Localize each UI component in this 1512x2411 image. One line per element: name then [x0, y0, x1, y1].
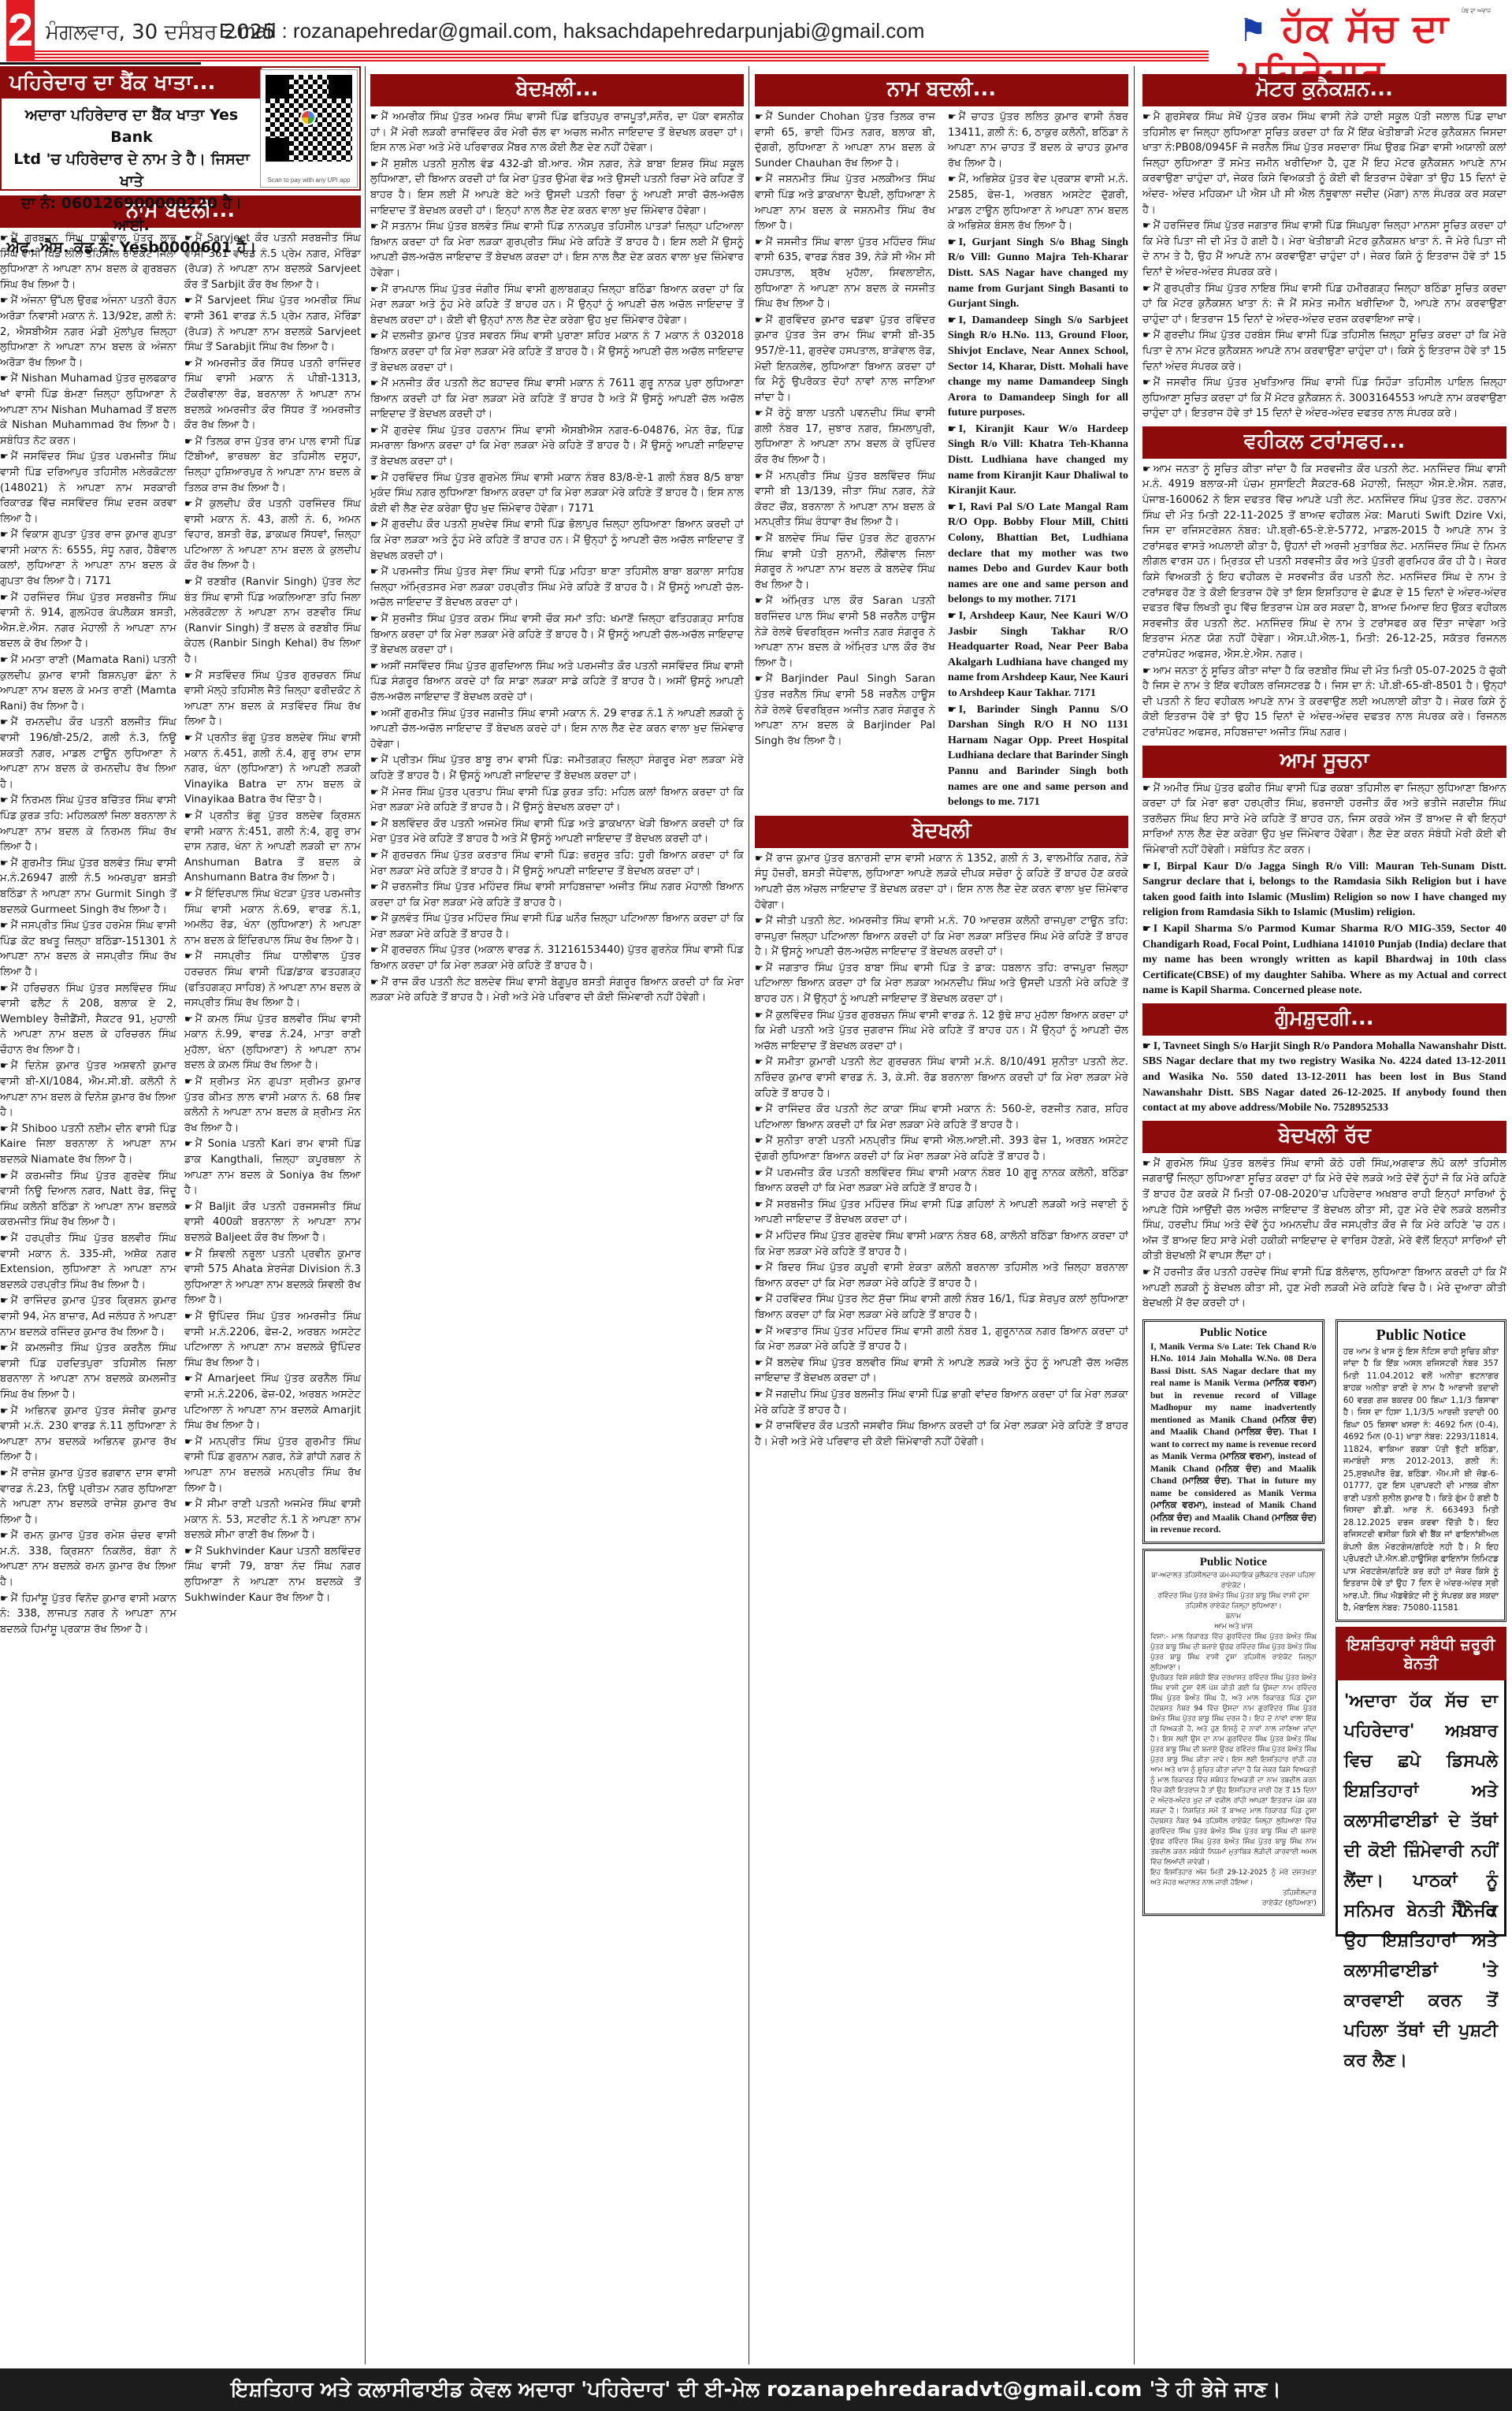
list-item: ☛ਮੈਂ Baljit ਕੌਰ ਪਤਨੀ ਹਰਜਸਜੀਤ ਸਿੰਘ ਵਾਸੀ 4… — [184, 1200, 361, 1246]
column-divider — [749, 66, 749, 2364]
pointing-hand-icon: ☛ — [755, 1230, 763, 1241]
appeal-box: 'ਅਦਾਰਾ ਹੱਕ ਸੱਚ ਦਾ ਪਹਿਰੇਦਾਰ' ਅਖ਼ਬਾਰ ਵਿਚ ਛ… — [1336, 1680, 1506, 1937]
list-item: ☛ਆਮ ਜਨਤਾ ਨੂੰ ਸੂਚਿਤ ਕੀਤਾ ਜਾਂਦਾ ਹੈ ਕਿ ਰਣਬੀ… — [1142, 664, 1506, 741]
list-item: ☛ਮੈਂ ਅਮਰਜੀਤ ਕੌਰ ਸਿੱਧਰ ਪਤਨੀ ਰਾਜਿੰਦਰ ਸਿੰਘ … — [184, 356, 361, 433]
pointing-hand-icon: ☛ — [0, 983, 9, 994]
list-item-text: ਮੈਂ ਜਗਤਾਰ ਸਿੰਘ ਪੁੱਤਰ ਬਾਬਾ ਸਿੰਘ ਵਾਸੀ ਪਿੰਡ… — [755, 962, 1128, 1005]
list-item-text: ਮੈਂ ਸੁਰਜੀਤ ਸਿੰਘ ਪੁੱਤਰ ਕਰਮ ਸਿੰਘ ਵਾਸੀ ਚੌਕ … — [370, 613, 744, 656]
masthead-rules — [35, 50, 1209, 61]
list-item: ☛ਮੈਂ ਬਿਦਰ ਸਿੰਘ ਪੁੱਤਰ ਕਪੂਰੀ ਵਾਸੀ ਏਕਤਾ ਕਲੋ… — [755, 1260, 1128, 1291]
list-item-text: ਮੈਂ ਪ੍ਰਨੀਤ ਭੰਗੂ ਪੁੱਤਰ ਬਲਦੇਵ ਸਿੰਘ ਵਾਸੀ ਮਕ… — [184, 732, 361, 806]
list-item-text: ਮੈਂ ਹਰਵਿੰਦਰ ਸਿੰਘ ਪੁੱਤਰ ਗੁਰਮੇਲ ਸਿੰਘ ਵਾਸੀ … — [370, 472, 744, 515]
pointing-hand-icon: ☛ — [0, 1405, 9, 1416]
list-item: ☛ਮੈਂ ਸਤਵਿੰਦਰ ਸਿੰਘ ਪੁੱਤਰ ਗੁਰਚਰਨ ਸਿੰਘ ਵਾਸੀ… — [184, 668, 361, 730]
pointing-hand-icon: ☛ — [0, 373, 9, 384]
list-item: ☛ਮੈਂ ਅਮਰੀਕ ਸਿੰਘ ਪੁੱਤਰ ਅਮਰ ਸਿੰਘ ਵਾਸੀ ਪਿੰਡ… — [370, 110, 744, 156]
list-item: ☛ਮੈਂ ਰਾਮਪਾਲ ਸਿੰਘ ਪੁੱਤਰ ਜੰਗੀਰ ਸਿੰਘ ਵਾਸੀ ਗ… — [370, 282, 744, 329]
list-item-text: ਮੈਂ Barjinder Paul Singh Saran ਪੁੱਤਰ ਜਰਨ… — [755, 673, 935, 746]
court-respondent: ਆਮ ਅਤੇ ਖਾਸ — [1150, 1622, 1317, 1632]
list-item: ☛ਮੈਂ ਜਸ਼ਨਮੀਤ ਸਿੰਘ ਪੁੱਤਰ ਮਲਕੀਅਤ ਸਿੰਘ ਵਾਸੀ… — [755, 172, 935, 233]
list-item-text: I, Kiranjit Kaur W/o Hardeep Singh R/o V… — [948, 423, 1128, 497]
list-item: ☛ਮੈਂ ਗੁਰਦੀਪ ਕੌਰ ਪਤਨੀ ਸੁਖਦੇਵ ਸਿੰਘ ਵਾਸੀ ਪਿ… — [370, 517, 744, 564]
list-item-text: ਮੈਂ Nishan Muhamad ਪੁੱਤਰ ਜ਼ੁਲਫਕਾਰ ਖਾਂ ਵਾ… — [0, 373, 176, 446]
pointing-hand-icon: ☛ — [1142, 463, 1151, 474]
list-item: ☛ਮੈਂ ਦਿਨੇਸ਼ ਕੁਮਾਰ ਪੁੱਤਰ ਅਸ਼ਵਨੀ ਕੁਮਾਰ ਵਾਸ… — [0, 1059, 176, 1120]
list-item: ☛ਮੈਂ ਪ੍ਰਨੀਤ ਭੰਗੂ ਪੁੱਤਰ ਬਲਦੇਵ ਸਿੰਘ ਵਾਸੀ ਮ… — [184, 731, 361, 808]
list-item: ☛I, Kiranjit Kaur W/o Hardeep Singh R/o … — [948, 422, 1128, 499]
list-item-text: ਮੈਂ ਦਲਜੀਤ ਕੁਮਾਰ ਪੁੱਤਰ ਸਵਰਨ ਸਿੰਘ ਵਾਸੀ ਪੁਰ… — [370, 330, 744, 373]
list-item-text: ਮੈਂ ਕਮਲ ਸਿੰਘ ਪੁੱਤਰ ਬਲਵੀਰ ਸਿੰਘ ਵਾਸੀ ਮਕਾਨ … — [184, 1014, 361, 1072]
pointing-hand-icon: ☛ — [755, 1326, 763, 1337]
pointing-hand-icon: ☛ — [755, 173, 763, 184]
list-item-text: ਮੈਂ ਮਮਤਾ ਰਾਣੀ (Mamata Rani) ਪਤਨੀ ਕੁਲਦੀਪ … — [0, 654, 176, 713]
list-item-text: ਮੈਂ Sunder Chohan ਪੁੱਤਰ ਤਿਲਕ ਰਾਜ ਵਾਸੀ 65… — [755, 111, 935, 169]
upi-qr-code[interactable]: Scan to pay with any UPI app — [260, 69, 358, 188]
pointing-hand-icon: ☛ — [755, 111, 763, 122]
list-col1b: ☛ਮੈਂ Sarvjeet ਕੌਰ ਪਤਨੀ ਸਰਬਜੀਤ ਸਿੰਘ ਵਾਸੀ … — [184, 231, 361, 1638]
list-item: ☛I, Barinder Singh Pannu S/O Darshan Sin… — [948, 702, 1128, 810]
pointing-hand-icon: ☛ — [370, 566, 379, 577]
list-item-text: ਮੈਂ ਕੁਲਵਿੰਦਰ ਸਿੰਘ ਪੁੱਤਰ ਗੁਰਬਚਨ ਸਿੰਘ ਵਾਸੀ… — [755, 1010, 1128, 1052]
list-item: ☛ਮੈਂ ਪ੍ਰੀਤਮ ਸਿੰਘ ਪੁੱਤਰ ਬਾਬੂ ਰਾਮ ਵਾਸੀ ਪਿੰ… — [370, 753, 744, 783]
list-item-text: ਮੈਂ ਦਿਨੇਸ਼ ਕੁਮਾਰ ਪੁੱਤਰ ਅਸ਼ਵਨੀ ਕੁਮਾਰ ਵਾਸੀ… — [0, 1060, 176, 1118]
pointing-hand-icon: ☛ — [948, 610, 957, 621]
list-item-text: ਮੈਂ, ਅਭਿਸ਼ੇਕ ਪੁੱਤਰ ਵੇਦ ਪ੍ਰਕਾਸ਼ ਵਾਸੀ ਮ.ਨੰ… — [948, 173, 1128, 232]
pointing-hand-icon: ☛ — [184, 1311, 193, 1322]
list-item: ☛ਮੈਂ ਗੁਰਚਰਨ ਸਿੰਘ ਪੁੱਤਰ (ਅਕਾਲ ਵਾਰਡ ਨੰ. 31… — [370, 943, 744, 973]
missing-list: ☛I, Tavneet Singh S/o Harjit Singh R/o P… — [1142, 1039, 1506, 1116]
public-notice-title: Public Notice — [1343, 1326, 1499, 1345]
pointing-hand-icon: ☛ — [948, 236, 957, 247]
pointing-hand-icon: ☛ — [948, 173, 957, 184]
list-item-text: ਮੈਂ ਜਗਦੀਪ ਸਿੰਘ ਪੁੱਤਰ ਬਲਜੀਤ ਸਿੰਘ ਵਾਸੀ ਪਿੰ… — [755, 1389, 1128, 1416]
list-item: ☛ਮੈਂ ਗੁਰਚਰਨ ਸਿੰਘ ਪੁੱਤਰ ਕਰਤਾਰ ਸਿੰਘ ਵਾਸੀ ਪ… — [370, 848, 744, 879]
pointing-hand-icon: ☛ — [184, 888, 193, 899]
column-right: ਮੋਟਰ ਕੁਨੈਕਸ਼ਨ... ☛ਮੈ ਗੁਰਸੇਵਕ ਸਿੰਘ ਸੇਖੋਂ … — [1142, 66, 1506, 2368]
pointing-hand-icon: ☛ — [370, 284, 379, 295]
disownment-list: ☛ਮੈਂ ਅਮਰੀਕ ਸਿੰਘ ਪੁੱਤਰ ਅਮਰ ਸਿੰਘ ਵਾਸੀ ਪਿੰਡ… — [370, 110, 744, 1006]
pointing-hand-icon: ☛ — [370, 977, 379, 988]
pointing-hand-icon: ☛ — [0, 295, 9, 306]
pointing-hand-icon: ☛ — [184, 358, 193, 369]
list-item-text: ਮੈਂ ਰਾਜੇਸ਼ ਕੁਮਾਰ ਪੁੱਤਰ ਭਗਵਾਨ ਦਾਸ ਵਾਸੀ ਵਾ… — [0, 1468, 176, 1526]
list-item-text: ਮੈਂ ਰਮਨਦੀਪ ਕੌਰ ਪਤਨੀ ਬਲਜੀਤ ਸਿੰਘ ਵਾਸੀ 196/… — [0, 716, 176, 790]
public-notice-registry: Public Notice ਹਰ ਆਮ ਤੇ ਖਾਸ ਨੂੰ ਇਸ ਨੋਟਿਸ … — [1336, 1319, 1506, 1622]
logo-tagline: ਪੰਥ ਦਾ ਅਵਾਜ਼ — [1462, 8, 1491, 15]
pointing-hand-icon: ☛ — [0, 920, 9, 931]
list-item: ☛ਮੈਂ ਜਗਦੀਪ ਸਿੰਘ ਪੁੱਤਰ ਬਲਜੀਤ ਸਿੰਘ ਵਾਸੀ ਪਿ… — [755, 1387, 1128, 1418]
public-notices-right: Public Notice ਹਰ ਆਮ ਤੇ ਖਾਸ ਨੂੰ ਇਸ ਨੋਟਿਸ … — [1336, 1319, 1506, 1937]
list-item: ☛ਮੈਂ ਰਮਨਦੀਪ ਕੌਰ ਪਤਨੀ ਬਲਜੀਤ ਸਿੰਘ ਵਾਸੀ 196… — [0, 715, 176, 792]
list-item-text: ਮੈਂ ਰਾਜਿੰਦਰ ਕੌਰ ਪਤਨੀ ਲੇਟ ਕਾਕਾ ਸਿੰਘ ਵਾਸੀ … — [755, 1103, 1128, 1131]
list-item-text: I, Arshdeep Kaur, Nee Kauri W/O Jasbir S… — [948, 610, 1128, 699]
column-disownment: ਬੇਦਖ਼ਲੀ... ☛ਮੈਂ ਅਮਰੀਕ ਸਿੰਘ ਪੁੱਤਰ ਅਮਰ ਸਿੰ… — [370, 66, 744, 2368]
pointing-hand-icon: ☛ — [755, 673, 763, 684]
list-item-text: ਮੈਂ ਗੁਰਚਰਨ ਸਿੰਘ ਪੁੱਤਰ (ਅਕਾਲ ਵਾਰਡ ਨੰ. 312… — [370, 944, 744, 972]
list-item-text: ਮੈਂ ਸਤਵਿੰਦਰ ਸਿੰਘ ਪੁੱਤਰ ਗੁਰਚਰਨ ਸਿੰਘ ਵਾਸੀ … — [184, 670, 361, 728]
list-item: ☛I Kapil Sharma S/o Parmod Kumar Sharma … — [1142, 921, 1506, 999]
pointing-hand-icon: ☛ — [755, 236, 763, 247]
list-item-text: ਮੈਂ ਸੁਸ਼ੀਲ ਪਤਨੀ ਸੁਨੀਲ ਵੰਡ 432-ਡੀ ਬੀ.ਆਰ. … — [370, 158, 744, 217]
list-item: ☛ਮੈਂ ਹਰਿਚਰਨ ਸਿੰਘ ਪੁੱਤਰ ਸਲਵਿੰਦਰ ਸਿੰਘ ਵਾਸੀ… — [0, 981, 176, 1059]
pointing-hand-icon: ☛ — [370, 913, 379, 924]
pointing-hand-icon: ☛ — [184, 1373, 193, 1384]
list-item: ☛ਮੈਂ ਹਿਮਾਂਸ਼ੂ ਪੁੱਤਰ ਵਿਨੋਦ ਕੁਮਾਰ ਵਾਸੀ ਮਕਾ… — [0, 1591, 176, 1638]
list-item-text: ਮੈਂ ਰਣਬੀਰ (Ranvir Singh) ਪੁੱਤਰ ਲੇਟ ਬੰਤ ਸ… — [184, 576, 361, 665]
public-notice-court: Public Notice ਬਾ-ਅਦਾਲਤ ਤਹਿਸੀਲਦਾਰ ਕਮ-ਸਹਾਇ… — [1142, 1549, 1324, 1916]
list-item: ☛ਮੈਂ ਰਣਬੀਰ (Ranvir Singh) ਪੁੱਤਰ ਲੇਟ ਬੰਤ … — [184, 575, 361, 668]
list-item-text: ਮੈਂ Sonia ਪਤਨੀ Kari ਰਾਮ ਵਾਸੀ ਪਿੰਡ ਡਾਕ Ka… — [184, 1138, 361, 1196]
list-item-text: I, Damandeep Singh S/o Sarbjeet Singh R/… — [948, 314, 1128, 419]
pointing-hand-icon: ☛ — [0, 1342, 9, 1353]
pointing-hand-icon: ☛ — [370, 330, 379, 341]
pointing-hand-icon: ☛ — [184, 951, 193, 962]
list-item-text: ਮੈਂ ਹਰਵਿੰਦਰ ਸਿੰਘ ਪੁੱਤਰ ਲੇਟ ਸੁੱਚਾ ਸਿੰਘ ਵਾ… — [755, 1293, 1128, 1321]
list-item: ☛ਮੈਂ Shiboo ਪਤਨੀ ਨਈਮ ਦੀਨ ਵਾਸੀ ਪਿੰਡ Kaire… — [0, 1122, 176, 1168]
list-item: ☛ਮੈਂ ਦਲਜੀਤ ਕੁਮਾਰ ਪੁੱਤਰ ਸਵਰਨ ਸਿੰਘ ਵਾਸੀ ਪੁ… — [370, 329, 744, 375]
list-item: ☛I, Arshdeep Kaur, Nee Kauri W/O Jasbir … — [948, 608, 1128, 701]
list-item-text: ਮੈਂ ਹਰਜਿੰਦਰ ਸਿੰਘ ਪੁੱਤਰ ਸਰਬਜੀਤ ਸਿੰਘ ਵਾਸੀ … — [0, 592, 176, 650]
list-item-text: ਮੈਂ ਪ੍ਰੀਤਮ ਸਿੰਘ ਪੁੱਤਰ ਬਾਬੂ ਰਾਮ ਵਾਸੀ ਪਿੰਡ… — [370, 754, 744, 782]
list-item: ☛ਮੈਂ ਜਸਵੀਰ ਸਿੰਘ ਪੁੱਤਰ ਮੁਖਤਿਆਰ ਸਿੰਘ ਵਾਸੀ … — [1142, 375, 1506, 422]
list-item: ☛I, Ravi Pal S/O Late Mangal Ram R/O Opp… — [948, 500, 1128, 608]
list-item-text: I, Gurjant Singh S/o Bhag Singh R/o Vill… — [948, 236, 1128, 310]
list-item-text: ਮੈਂ Sarvjeet ਸਿੰਘ ਪੁੱਤਰ ਅਮਰੀਕ ਸਿੰਘ ਵਾਸੀ … — [184, 295, 361, 353]
list-item: ☛ਮੈਂ ਗੁਰਵਿੰਦਰ ਕੁਮਾਰ ਢਡਵਾ ਪੁੱਤਰ ਰਵਿੰਦਰ ਕੁ… — [755, 313, 935, 406]
pointing-hand-icon: ☛ — [184, 732, 193, 743]
pointing-hand-icon: ☛ — [1142, 329, 1151, 340]
list-item: ☛ਮੈਂ ਕਮਲਜੀਤ ਸਿੰਘ ਪੁੱਤਰ ਕਰਨੈਲ ਸਿੰਘ ਵਾਸੀ ਪ… — [0, 1341, 176, 1402]
list-item-text: ਮੈਂ ਪਰਮਜੀਤ ਸਿੰਘ ਪੁੱਤਰ ਸੇਵਾ ਸਿੰਘ ਵਾਸੀ ਪਿੰ… — [370, 566, 744, 608]
list-item-text: ਮੈਂ ਮਨਪ੍ਰੀਤ ਸਿੰਘ ਪੁੱਤਰ ਬਲਵਿੰਦਰ ਸਿੰਘ ਵਾਸੀ… — [755, 471, 935, 529]
court-subject: ਵਿਸ਼ਾ:- ਮਾਲ ਰਿਕਾਰਡ ਵਿੱਚ ਗੁਰਵਿੰਦਰ ਸਿੰਘ ਪੁ… — [1150, 1632, 1317, 1673]
list-item-text: ਮੈਂ ਹਿਮਾਂਸ਼ੂ ਪੁੱਤਰ ਵਿਨੋਦ ਕੁਮਾਰ ਵਾਸੀ ਮਕਾਨ… — [0, 1593, 176, 1635]
gpay-logo-icon — [300, 110, 316, 125]
pointing-hand-icon: ☛ — [370, 425, 379, 436]
list-item: ☛ਮੈਂ ਹਰਜਿੰਦਰ ਸਿੰਘ ਪੁੱਤਰ ਜਗਤਾਰ ਸਿੰਘ ਵਾਸੀ … — [1142, 218, 1506, 280]
pointing-hand-icon: ☛ — [370, 613, 379, 624]
pointing-hand-icon: ☛ — [0, 1060, 9, 1071]
bank-details: ਅਦਾਰਾ ਪਹਿਰੇਦਾਰ ਦਾ ਬੈਂਕ ਖਾਤਾ Yes Bank Ltd… — [2, 101, 262, 259]
pointing-hand-icon: ☛ — [0, 716, 9, 727]
pointing-hand-icon: ☛ — [370, 881, 379, 892]
list-item: ☛ਮੈਂ ਸਤਨਾਮ ਸਿੰਘ ਪੁੱਤਰ ਬਲਵੰਤ ਸਿੰਘ ਵਾਸੀ ਪਿ… — [370, 219, 744, 281]
pointing-hand-icon: ☛ — [1142, 923, 1151, 934]
list-item: ☛ਮੈਂ ਰਾਜੇਸ਼ ਕੁਮਾਰ ਪੁੱਤਰ ਭਗਵਾਨ ਦਾਸ ਵਾਸੀ ਵ… — [0, 1466, 176, 1527]
list-item-text: ਮੈਂ ਤਿਲਕ ਰਾਜ ਪੁੱਤਰ ਰਾਮ ਪਾਲ ਵਾਸੀ ਪਿੰਡ ਟਿੱ… — [184, 436, 361, 494]
pointing-hand-icon: ☛ — [755, 1293, 763, 1304]
list-item-text: ਮੈਂ ਇੰਦਿਰਪਾਲ ਸਿੰਘ ਖੱਟੜਾ ਪੁੱਤਰ ਪਰਮਜੀਤ ਸਿੰ… — [184, 888, 361, 947]
list-item-text: ਮੈਂ ਸਰਬਜੀਤ ਸਿੰਘ ਪੁੱਤਰ ਮਹਿੰਦਰ ਸਿੰਘ ਵਾਸੀ ਪ… — [755, 1199, 1128, 1226]
section-header-missing: ਗੁੰਮਸ਼ੁਦਗੀ... — [1142, 1003, 1506, 1036]
list-item-text: ਆਮ ਜਨਤਾ ਨੂੰ ਸੂਚਿਤ ਕੀਤਾ ਜਾਂਦਾ ਹੈ ਕਿ ਰਣਬੀਰ… — [1142, 665, 1506, 739]
list-item: ☛ਮੈਂ ਬਲਦੇਵ ਸਿੰਘ ਪੁੱਤਰ ਬਲਵੀਰ ਸਿੰਘ ਵਾਸੀ ਨੇ… — [755, 1356, 1128, 1386]
public-notice-title: Public Notice — [1150, 1556, 1317, 1569]
pointing-hand-icon: ☛ — [370, 944, 379, 955]
bank-line: ਦਾ ਨੰ: 060126900000220 ਹੈ। ਆਈ. — [2, 192, 262, 236]
list-item-text: ਮੈਂ ਕਮਲਜੀਤ ਸਿੰਘ ਪੁੱਤਰ ਕਰਨੈਲ ਸਿੰਘ ਵਾਸੀ ਪਿ… — [0, 1342, 176, 1401]
pointing-hand-icon: ☛ — [755, 1420, 763, 1431]
list-item-text: ਮੈਂ Amarjeet ਸਿੰਘ ਪੁੱਤਰ ਕਰਨੈਲ ਸਿੰਘ ਵਾਸੀ … — [184, 1373, 361, 1431]
list-item: ☛I, Birpal Kaur D/o Jagga Singh R/o Vill… — [1142, 859, 1506, 921]
pointing-hand-icon: ☛ — [755, 1389, 763, 1400]
bank-line: ਅਦਾਰਾ ਪਹਿਰੇਦਾਰ ਦਾ ਬੈਂਕ ਖਾਤਾ Yes Bank — [2, 104, 262, 148]
qr-caption: Scan to pay with any UPI app — [261, 177, 357, 184]
pointing-hand-icon: ☛ — [755, 1357, 763, 1368]
list-item-text: ਮੈਂ ਗੁਰਦੀਪ ਕੌਰ ਪਤਨੀ ਸੁਖਦੇਵ ਸਿੰਘ ਵਾਸੀ ਪਿੰ… — [370, 519, 744, 561]
list-item-text: ਮੈਂ ਮਨਜੀਤ ਕੌਰ ਪਤਨੀ ਲੇਟ ਬਹਾਦਰ ਸਿੰਘ ਵਾਸੀ ਮ… — [370, 378, 744, 420]
list-item-text: ਮੈਂ ਮਨਪ੍ਰੀਤ ਸਿੰਘ ਪੁੱਤਰ ਗੁਰਮੀਤ ਸਿੰਘ ਵਾਸੀ … — [184, 1436, 361, 1494]
list-item-text: ਮੈਂ ਗੁਰਚਰਨ ਸਿੰਘ ਪੁੱਤਰ ਕਰਤਾਰ ਸਿੰਘ ਵਾਸੀ ਪਿ… — [370, 850, 744, 877]
pointing-hand-icon: ☛ — [0, 529, 9, 540]
list-item: ☛ਅਸੀਂ ਗੁਰਮੀਤ ਸਿੰਘ ਪੁੱਤਰ ਜਗਜੀਤ ਸਿੰਘ ਵਾਸੀ … — [370, 706, 744, 753]
list-item: ☛ਮੈਂ ਪਰਮਜੀਤ ਸਿੰਘ ਪੁੱਤਰ ਸੇਵਾ ਸਿੰਘ ਵਾਸੀ ਪਿ… — [370, 564, 744, 611]
pointing-hand-icon: ☛ — [184, 670, 193, 681]
list-item-text: ਮੈਂ ਹਰਜਿੰਦਰ ਸਿੰਘ ਪੁੱਤਰ ਜਗਤਾਰ ਸਿੰਘ ਵਾਸੀ ਪ… — [1142, 220, 1506, 278]
list-item: ☛ਮੈਂ ਮੇਜਰ ਸਿੰਘ ਪੁੱਤਰ ਪ੍ਰਤਾਪ ਸਿੰਘ ਵਾਸੀ ਪਿ… — [370, 785, 744, 816]
list-item: ☛ਮੈਂ ਸ਼੍ਰੀਮਤ ਮੋਨ ਗੁਪਤਾ ਸ਼੍ਰੀਮਤ ਕੁਮਾਰ ਪੁੱ… — [184, 1074, 361, 1136]
pointing-hand-icon: ☛ — [0, 858, 9, 869]
pointing-hand-icon: ☛ — [0, 794, 9, 806]
section-header-vehicle-transfer: ਵਹੀਕਲ ਟਰਾਂਸਫਰ... — [1142, 426, 1506, 459]
section-header-disownment-2: ਬੇਦਖਲੀ — [755, 816, 1128, 848]
list-item: ☛ਮੈਂ ਮਹਿੰਦਰ ਸਿੰਘ ਪੁੱਤਰ ਗੁਰਦੇਵ ਸਿੰਘ ਵਾਸੀ … — [755, 1229, 1128, 1259]
pointing-hand-icon: ☛ — [0, 1593, 9, 1604]
list-item-text: ਮੈਂ ਗੁਰਦੀਪ ਸਿੰਘ ਪੁੱਤਰ ਹਰਬੰਸ ਸਿੰਘ ਵਾਸੀ ਪਿ… — [1142, 329, 1506, 372]
appeal-signatory: ਮੈਨੇਜਰ — [1452, 1896, 1496, 1926]
pointing-hand-icon: ☛ — [755, 853, 763, 864]
list-item-text: ਮੈਂ ਗੁਰਮੇਲ ਸਿੰਘ ਪੁੱਤਰ ਬਲਵੰਤ ਸਿੰਘ ਵਾਸੀ ਕੋ… — [1142, 1158, 1506, 1263]
list-item: ☛ਮੈਂ ਜਸਪ੍ਰੀਤ ਸਿੰਘ ਪੁੱਤਰ ਹਰਮੇਸ਼ ਸਿੰਘ ਵਾਸੀ… — [0, 918, 176, 980]
pointing-hand-icon: ☛ — [370, 221, 379, 232]
pointing-hand-icon: ☛ — [370, 660, 379, 672]
list-item-text: I, Ravi Pal S/O Late Mangal Ram R/O Opp.… — [948, 501, 1128, 606]
list-item-text: ਮੈਂ ਹਰਪ੍ਰੀਤ ਸਿੰਘ ਪੁੱਤਰ ਬਲਵੀਰ ਸਿੰਘ ਵਾਸੀ ਮ… — [0, 1233, 176, 1291]
list-item-text: ਮੈਂ ਸਮੀਤਾ ਕੁਮਾਰੀ ਪਤਨੀ ਲੇਟ ਗੁਰਚਰਨ ਸਿੰਘ ਵਾ… — [755, 1056, 1128, 1099]
list-item-text: ਮੈਂ ਜਸਵੀਰ ਸਿੰਘ ਪੁੱਤਰ ਮੁਖਤਿਆਰ ਸਿੰਘ ਵਾਸੀ ਪ… — [1142, 377, 1506, 419]
pointing-hand-icon: ☛ — [370, 519, 379, 530]
section-header-motor-connection: ਮੋਟਰ ਕੁਨੈਕਸ਼ਨ... — [1142, 74, 1506, 106]
list-item-text: ਮੈਂ ਚਰਨਜੀਤ ਸਿੰਘ ਪੁੱਤਰ ਮਹਿੰਦਰ ਸਿੰਘ ਵਾਸੀ ਸ… — [370, 881, 744, 909]
list-item-text: ਮੈਂ ਜਸਪ੍ਰੀਤ ਸਿੰਘ ਧਾਲੀਵਾਲ ਪੁੱਤਰ ਹਰਚਰਨ ਸਿੰ… — [184, 951, 361, 1009]
bank-line: Ltd 'ਚ ਪਹਿਰੇਦਾਰ ਦੇ ਨਾਮ ਤੇ ਹੈ। ਜਿਸਦਾ ਖਾਤੇ — [2, 148, 262, 192]
list-item: ☛ਮੈਂ ਕਮਲ ਸਿੰਘ ਪੁੱਤਰ ਬਲਵੀਰ ਸਿੰਘ ਵਾਸੀ ਮਕਾਨ… — [184, 1012, 361, 1073]
pointing-hand-icon: ☛ — [755, 314, 763, 326]
pointing-hand-icon: ☛ — [755, 1135, 763, 1146]
list-item-text: ਮੈਂ ਅਮਰਜੀਤ ਕੌਰ ਸਿੱਧਰ ਪਤਨੀ ਰਾਜਿੰਦਰ ਸਿੰਘ ਵ… — [184, 358, 361, 431]
list-item: ☛ਮੈਂ Sunder Chohan ਪੁੱਤਰ ਤਿਲਕ ਰਾਜ ਵਾਸੀ 6… — [755, 110, 935, 171]
name-change-subcolumns: ☛ਮੈਂ ਗੁਰਬਚਨ ਸਿੰਘ ਧਾਲੀਵਾਲ ਪੁੱਤਰ ਲਾਭ ਸਿੰਘ … — [0, 231, 361, 1638]
list-item-text: ਮੈਂ ਅਮਰੀਕ ਸਿੰਘ ਪੁੱਤਰ ਅਮਰ ਸਿੰਘ ਵਾਸੀ ਪਿੰਡ … — [370, 111, 744, 154]
list-item: ☛ਮੈਂ ਕਰਮਜੀਤ ਸਿੰਘ ਪੁੱਤਰ ਗੁਰਦੇਵ ਸਿੰਘ ਵਾਸੀ … — [0, 1169, 176, 1230]
public-notice-text: ਹਰ ਆਮ ਤੇ ਖਾਸ ਨੂੰ ਇਸ ਨੋਟਿਸ ਰਾਹੀ ਸੂਚਿਤ ਕੀਤ… — [1343, 1346, 1499, 1615]
masthead: 2 ਮੰਗਲਵਾਰ, 30 ਦਸੰਬਰ 2025 E.mail : rozana… — [0, 0, 1512, 63]
list-item-text: ਮੈਂ ਸੁਨੀਤਾ ਰਾਣੀ ਪਤਨੀ ਮਨਪ੍ਰੀਤ ਸਿੰਘ ਵਾਸੀ ਐ… — [755, 1135, 1128, 1163]
court-signatory: ਤਹਿਸੀਲਦਾਰ — [1150, 1888, 1317, 1899]
list-item: ☛ਮੈਂ ਸਰਬਜੀਤ ਸਿੰਘ ਪੁੱਤਰ ਮਹਿੰਦਰ ਸਿੰਘ ਵਾਸੀ … — [755, 1197, 1128, 1228]
list-item: ☛ਮੈਂ ਰਮਨ ਕੁਮਾਰ ਪੁੱਤਰ ਰਮੇਸ਼ ਚੰਦਰ ਵਾਸੀ ਮ.ਨ… — [0, 1528, 176, 1590]
appeal-text: 'ਅਦਾਰਾ ਹੱਕ ਸੱਚ ਦਾ ਪਹਿਰੇਦਾਰ' ਅਖ਼ਬਾਰ ਵਿਚ ਛ… — [1344, 1691, 1498, 2071]
list-item: ☛ਮੈਂ ਚਰਨਜੀਤ ਸਿੰਘ ਪੁੱਤਰ ਮਹਿੰਦਰ ਸਿੰਘ ਵਾਸੀ … — [370, 880, 744, 910]
list-item: ☛ਮੈਂ ਰਾਜਿੰਦਰ ਕੁਮਾਰ ਪੁੱਤਰ ਕ੍ਰਿਸ਼ਨ ਕੁਮਾਰ ਵ… — [0, 1293, 176, 1340]
disownment-2-list: ☛ਮੈਂ ਰਾਜ ਕੁਮਾਰ ਪੁੱਤਰ ਬਨਾਰਸੀ ਦਾਸ ਵਾਸੀ ਮਕਾ… — [755, 851, 1128, 1450]
list-item-text: ਮੈਂ ਜਸਜੀਤ ਸਿੰਘ ਵਾਲਾ ਪੁੱਤਰ ਮਹਿੰਦਰ ਸਿੰਘ ਵਾ… — [755, 236, 935, 310]
list-item: ☛ਮੈਂ ਅੰਮ੍ਰਿਤ ਪਾਲ ਕੌਰ Saran ਪਤਨੀ ਬਰਜਿੰਦਰ … — [755, 593, 935, 671]
pointing-hand-icon: ☛ — [184, 1138, 193, 1149]
list-item: ☛ਮੈਂ ਜਸਵਿੰਦਰ ਸਿੰਘ ਪੁੱਤਰ ਪਰਮਜੀਤ ਸਿੰਘ ਵਾਸੀ… — [0, 449, 176, 526]
pointing-hand-icon: ☛ — [1142, 377, 1151, 388]
list-item-text: ਮੈਂ ਸਤਨਾਮ ਸਿੰਘ ਪੁੱਤਰ ਬਲਵੰਤ ਸਿੰਘ ਵਾਸੀ ਪਿੰ… — [370, 221, 744, 279]
name-change-mid-subcolumns: ☛ਮੈਂ Sunder Chohan ਪੁੱਤਰ ਤਿਲਕ ਰਾਜ ਵਾਸੀ 6… — [755, 110, 1128, 811]
list-item-text: ਮੈਂ ਸ਼ਿਵਲੀ ਨਰੂਲਾ ਪਤਨੀ ਪ੍ਰਵੀਨ ਕੁਮਾਰ ਵਾਸੀ … — [184, 1248, 361, 1307]
pointing-hand-icon: ☛ — [0, 1295, 9, 1306]
list-item: ☛ਮੈਂ ਸੀਮਾ ਰਾਣੀ ਪਤਨੀ ਅਜਮੇਰ ਸਿੰਘ ਵਾਸੀ ਮਕਾਨ… — [184, 1497, 361, 1543]
disownment-cancel-list: ☛ਮੈਂ ਗੁਰਮੇਲ ਸਿੰਘ ਪੁੱਤਰ ਬਲਵੰਤ ਸਿੰਘ ਵਾਸੀ ਕ… — [1142, 1156, 1506, 1312]
section-header-disownment-cancel: ਬੇਦਖਲੀ ਰੱਦ — [1142, 1121, 1506, 1153]
pointing-hand-icon: ☛ — [0, 1468, 9, 1479]
list-item: ☛ਮੈਂ Amarjeet ਸਿੰਘ ਪੁੱਤਰ ਕਰਨੈਲ ਸਿੰਘ ਵਾਸੀ… — [184, 1371, 361, 1433]
column-name-change-left: ਪਹਿਰੇਦਾਰ ਦਾ ਬੈਂਕ ਖਾਤਾ... ਅਦਾਰਾ ਪਹਿਰੇਦਾਰ … — [0, 66, 361, 2368]
list-item: ☛ਮੈਂ ਸੁਨੀਤਾ ਰਾਣੀ ਪਤਨੀ ਮਨਪ੍ਰੀਤ ਸਿੰਘ ਵਾਸੀ … — [755, 1133, 1128, 1164]
list-item-text: ਮੈਂ ਚਾਹਤ ਪੁੱਤਰ ਲਲਿਤ ਕੁਮਾਰ ਵਾਸੀ ਨੰਬਰ 1341… — [948, 111, 1128, 169]
list-item-text: ਮੈਂ ਰਾਜਿੰਦਰ ਕੁਮਾਰ ਪੁੱਤਰ ਕ੍ਰਿਸ਼ਨ ਕੁਮਾਰ ਵਾ… — [0, 1295, 176, 1338]
pointing-hand-icon: ☛ — [370, 378, 379, 389]
list-item: ☛ਮੈਂ ਹਰਵਿੰਦਰ ਸਿੰਘ ਪੁੱਤਰ ਗੁਰਮੇਲ ਸਿੰਘ ਵਾਸੀ… — [370, 471, 744, 517]
list-item: ☛ਮੈਂ ਹਰਜਿੰਦਰ ਸਿੰਘ ਪੁੱਤਰ ਸਰਬਜੀਤ ਸਿੰਘ ਵਾਸੀ… — [0, 590, 176, 652]
list-item: ☛ਮੈਂ ਜਸਜੀਤ ਸਿੰਘ ਵਾਲਾ ਪੁੱਤਰ ਮਹਿੰਦਰ ਸਿੰਘ ਵ… — [755, 235, 935, 312]
list-item: ☛ਮੈਂ Nishan Muhamad ਪੁੱਤਰ ਜ਼ੁਲਫਕਾਰ ਖਾਂ ਵ… — [0, 371, 176, 448]
pointing-hand-icon: ☛ — [370, 850, 379, 861]
list-item: ☛ਮੈਂ Sukhvinder Kaur ਪਤਨੀ ਬਲਵਿੰਦਰ ਸਿੰਘ ਵ… — [184, 1544, 361, 1605]
list-item-text: ਮੈਂ ਰੇਨੂੰ ਬਾਲਾ ਪਤਨੀ ਪਵਨਦੀਪ ਸਿੰਘ ਵਾਸੀ ਗਲੀ… — [755, 407, 935, 466]
list-item-text: ਮੈਂ ਗੁਰਦੇਵ ਸਿੰਘ ਪੁੱਤਰ ਹਰਨਾਮ ਸਿੰਘ ਵਾਸੀ ਐਸ… — [370, 425, 744, 467]
pointing-hand-icon: ☛ — [948, 314, 957, 326]
list-item: ☛ਮੈਂ ਬਲਦੇਵ ਸਿੰਘ ਚਿੰਦ ਪੁੱਤਰ ਲੇਟ ਗੁਰਨਾਮ ਸਿ… — [755, 531, 935, 593]
pointing-hand-icon: ☛ — [184, 1248, 193, 1259]
court-line: ਬਾ-ਅਦਾਲਤ ਤਹਿਸੀਲਦਾਰ ਕਮ-ਸਹਾਇਕ ਕੁਲੈਕਟਰ ਦਰਜਾ… — [1150, 1571, 1317, 1591]
pointing-hand-icon: ☛ — [1142, 783, 1151, 794]
list-item: ☛ਮੈਂ ਰਾਜਵਿੰਦਰ ਕੌਰ ਪਤਨੀ ਜਸਵੀਰ ਸਿੰਘ ਬਿਆਨ ਕ… — [755, 1419, 1128, 1449]
section-header-disownment: ਬੇਦਖ਼ਲੀ... — [370, 74, 744, 106]
list-item-text: ਮੈਂ ਪ੍ਰਨੀਤ ਭੰਗੂ ਪੁੱਤਰ ਬਲਦੇਵ ਕ੍ਰਿਸ਼ਨ ਵਾਸੀ… — [184, 810, 361, 884]
list-item-text: ਮੈਂ ਕਰਮਜੀਤ ਸਿੰਘ ਪੁੱਤਰ ਗੁਰਦੇਵ ਸਿੰਘ ਵਾਸੀ ਨ… — [0, 1170, 176, 1229]
bank-line: ਐਫ. ਐਸ. ਕੋਡ ਨੰ: Yesb0000601 ਹੈ। — [2, 236, 262, 259]
pointing-hand-icon: ☛ — [0, 592, 9, 603]
pointing-hand-icon: ☛ — [948, 111, 957, 122]
list-item-text: ਮੈਂ ਜਸ਼ਨਮੀਤ ਸਿੰਘ ਪੁੱਤਰ ਮਲਕੀਅਤ ਸਿੰਘ ਵਾਸੀ … — [755, 173, 935, 232]
list-item-text: ਮੈਂ ਬਲਦੇਵ ਸਿੰਘ ਚਿੰਦ ਪੁੱਤਰ ਲੇਟ ਗੁਰਨਾਮ ਸਿੰ… — [755, 533, 935, 591]
list-item-text: ਮੈਂ ਪਰਮਜੀਤ ਕੌਰ ਪਤਨੀ ਬਲਵਿੰਦਰ ਸਿੰਘ ਵਾਸੀ ਮਕ… — [755, 1167, 1128, 1195]
list-item: ☛ਮੈ ਗੁਰਸੇਵਕ ਸਿੰਘ ਸੇਖੋਂ ਪੁੱਤਰ ਕਰਮ ਸਿੰਘ ਵਾ… — [1142, 110, 1506, 218]
list-item-text: ਮੈਂ ਗੁਰਮੀਤ ਸਿੰਘ ਪੁੱਤਰ ਬਲਵੰਤ ਸਿੰਘ ਵਾਸੀ ਮ.… — [0, 858, 176, 916]
list-item-text: I Kapil Sharma S/o Parmod Kumar Sharma R… — [1142, 923, 1506, 996]
list-item-text: ਮੈਂ ਜੀਤੀ ਪਤਨੀ ਲੇਟ. ਅਮਰਜੀਤ ਸਿੰਘ ਵਾਸੀ ਮ.ਨੰ… — [755, 915, 1128, 958]
pointing-hand-icon: ☛ — [948, 423, 957, 434]
list-col3b: ☛ਮੈਂ ਚਾਹਤ ਪੁੱਤਰ ਲਲਿਤ ਕੁਮਾਰ ਵਾਸੀ ਨੰਬਰ 134… — [948, 110, 1128, 811]
list-item: ☛ਮੈਂ Barjinder Paul Singh Saran ਪੁੱਤਰ ਜਰ… — [755, 672, 935, 749]
list-item: ☛ਮੈਂ ਸਮੀਤਾ ਕੁਮਾਰੀ ਪਤਨੀ ਲੇਟ ਗੁਰਚਰਨ ਸਿੰਘ ਵ… — [755, 1055, 1128, 1101]
list-item-text: ਮੈਂ ਉਪਿੰਦਰ ਸਿੰਘ ਪੁੱਤਰ ਅਮਰਜੀਤ ਸਿੰਘ ਵਾਸੀ ਮ… — [184, 1311, 361, 1369]
list-item: ☛ਮੈਂ ਚਾਹਤ ਪੁੱਤਰ ਲਲਿਤ ਕੁਮਾਰ ਵਾਸੀ ਨੰਬਰ 134… — [948, 110, 1128, 171]
list-item: ☛ਮੈਂ ਰੇਨੂੰ ਬਾਲਾ ਪਤਨੀ ਪਵਨਦੀਪ ਸਿੰਘ ਵਾਸੀ ਗਲ… — [755, 406, 935, 467]
pointing-hand-icon: ☛ — [755, 915, 763, 926]
list-item-text: ਮੈਂ ਅਭਿਨਵ ਕੁਮਾਰ ਪੁੱਤਰ ਸੰਜੀਵ ਕੁਮਾਰ ਵਾਸੀ ਮ… — [0, 1405, 176, 1464]
list-item: ☛ਮੈਂ Sonia ਪਤਨੀ Kari ਰਾਮ ਵਾਸੀ ਪਿੰਡ ਡਾਕ K… — [184, 1137, 361, 1198]
list-item-text: ਮੈਂ ਸੀਮਾ ਰਾਣੀ ਪਤਨੀ ਅਜਮੇਰ ਸਿੰਘ ਵਾਸੀ ਮਕਾਨ … — [184, 1498, 361, 1541]
list-item: ☛ਮੈਂ ਕੁਲਵੰਤ ਸਿੰਘ ਪੁੱਤਰ ਮਹਿੰਦਰ ਸਿੰਘ ਵਾਸੀ … — [370, 911, 744, 942]
footer-banner: ਇਸ਼ਤਿਹਾਰ ਅਤੇ ਕਲਾਸੀਫਾਈਡ ਕੇਵਲ ਅਦਾਰਾ 'ਪਹਿਰੇ… — [0, 2368, 1512, 2411]
list-item: ☛ਮੈਂ ਬਲਵਿੰਦਰ ਕੌਰ ਪਤਨੀ ਅਜਮੇਰ ਸਿੰਘ ਵਾਸੀ ਪਿ… — [370, 817, 744, 847]
list-item-text: ਮੈਂ ਵਿਕਾਸ ਗੁਪਤਾ ਪੁੱਤਰ ਰਾਜ ਕੁਮਾਰ ਗੁਪਤਾ ਵਾ… — [0, 529, 176, 587]
public-notice-manik: Public Notice I, Manik Verma S/o Late: T… — [1142, 1319, 1324, 1544]
list-item: ☛I, Gurjant Singh S/o Bhag Singh R/o Vil… — [948, 235, 1128, 312]
appeal-title: ਇਸ਼ਤਿਹਾਰਾਂ ਸਬੰਧੀ ਜ਼ਰੂਰੀ ਬੇਨਤੀ — [1336, 1627, 1506, 1680]
list-item-text: ਮੈਂ ਅਮੀਰ ਸਿੰਘ ਪੁੱਤਰ ਫਕੀਰ ਸਿੰਘ ਵਾਸੀ ਪਿੰਡ … — [1142, 783, 1506, 856]
pointing-hand-icon: ☛ — [184, 498, 193, 509]
pointing-hand-icon: ☛ — [184, 1076, 193, 1087]
pointing-hand-icon: ☛ — [0, 654, 9, 665]
column-divider — [1134, 66, 1135, 2364]
list-item-text: ਮੈਂ ਅੰਮ੍ਰਿਤ ਪਾਲ ਕੌਰ Saran ਪਤਨੀ ਬਰਜਿੰਦਰ ਪ… — [755, 595, 935, 668]
list-item: ☛ਮੈਂ ਰਾਜ ਕੁਮਾਰ ਪੁੱਤਰ ਬਨਾਰਸੀ ਦਾਸ ਵਾਸੀ ਮਕਾ… — [755, 851, 1128, 913]
pointing-hand-icon: ☛ — [184, 810, 193, 821]
list-item-text: ਮੈਂ ਨਿਰਮਲ ਸਿੰਘ ਪੁੱਤਰ ਬਚਿੱਤਰ ਸਿੰਘ ਵਾਸੀ ਪਿ… — [0, 794, 176, 853]
list-item: ☛ਆਮ ਜਨਤਾ ਨੂੰ ਸੂਚਿਤ ਕੀਤਾ ਜਾਂਦਾ ਹੈ ਕਿ ਸਰਵਜ… — [1142, 462, 1506, 663]
pointing-hand-icon: ☛ — [755, 1167, 763, 1178]
column-divider — [365, 66, 366, 2364]
list-item: ☛ਮੈਂ ਜਸਪ੍ਰੀਤ ਸਿੰਘ ਧਾਲੀਵਾਲ ਪੁੱਤਰ ਹਰਚਰਨ ਸਿ… — [184, 949, 361, 1010]
pointing-hand-icon: ☛ — [184, 576, 193, 587]
pointing-hand-icon: ☛ — [755, 471, 763, 482]
list-item-text: ਅਸੀਂ ਜਸਵਿੰਦਰ ਸਿੰਘ ਪੁੱਤਰ ਗੁਰਦਿਆਲ ਸਿੰਘ ਅਤੇ… — [370, 660, 744, 703]
list-item: ☛ਮੈਂ Sarvjeet ਸਿੰਘ ਪੁੱਤਰ ਅਮਰੀਕ ਸਿੰਘ ਵਾਸੀ… — [184, 293, 361, 355]
list-item-text: ਮੈਂ ਕੁਲਦੀਪ ਕੌਰ ਪਤਨੀ ਹਰਜਿੰਦਰ ਸਿੰਘ ਵਾਸੀ ਮਕ… — [184, 498, 361, 571]
contact-email: E.mail : rozanapehredar@gmail.com, haksa… — [219, 19, 924, 43]
list-item: ☛ਮੈਂ ਹਰਵਿੰਦਰ ਸਿੰਘ ਪੁੱਤਰ ਲੇਟ ਸੁੱਚਾ ਸਿੰਘ ਵ… — [755, 1292, 1128, 1323]
list-item-text: ਮੈਂ ਅੰਜਨਾ ਉੱਪਲ ਉਰਫ਼ ਅੰਜਨਾ ਪਤਨੀ ਰੋਹਨ ਅਰੋੜ… — [0, 295, 176, 368]
public-notice-text: I, Manik Verma S/o Late: Tek Chand R/o H… — [1150, 1341, 1317, 1537]
pointing-hand-icon: ☛ — [755, 1103, 763, 1114]
list-item-text: ਮੈਂ ਗੁਰਵਿੰਦਰ ਕੁਮਾਰ ਢਡਵਾ ਪੁੱਤਰ ਰਵਿੰਦਰ ਕੁਮ… — [755, 314, 935, 404]
list-item: ☛ਮੈਂ ਰਾਜਿੰਦਰ ਕੌਰ ਪਤਨੀ ਲੇਟ ਕਾਕਾ ਸਿੰਘ ਵਾਸੀ… — [755, 1102, 1128, 1133]
list-item-text: I, Barinder Singh Pannu S/O Darshan Sing… — [948, 704, 1128, 809]
pointing-hand-icon: ☛ — [0, 1123, 9, 1134]
list-item-text: ਮੈਂ ਜਸਪ੍ਰੀਤ ਸਿੰਘ ਪੁੱਤਰ ਹਰਮੇਸ਼ ਸਿੰਘ ਵਾਸੀ … — [0, 920, 176, 978]
court-party: ਰਵਿੰਦਰ ਸਿੰਘ ਪੁੱਤਰ ਬੇਅੰਤ ਸਿੰਘ ਪੁੱਤਰ ਬਾਬੂ … — [1150, 1591, 1317, 1612]
list-item-text: I, Birpal Kaur D/o Jagga Singh R/o Vill:… — [1142, 861, 1506, 919]
list-item: ☛ਮੈਂ ਗੁਰਪ੍ਰੀਤ ਸਿੰਘ ਪੁੱਤਰ ਨਾਇਬ ਸਿੰਘ ਵਾਸੀ … — [1142, 281, 1506, 328]
list-item-text: ਮੈਂ ਮੇਜਰ ਸਿੰਘ ਪੁੱਤਰ ਪ੍ਰਤਾਪ ਸਿੰਘ ਵਾਸੀ ਪਿੰ… — [370, 787, 744, 814]
list-item-text: ਮੈਂ ਰਮਨ ਕੁਮਾਰ ਪੁੱਤਰ ਰਮੇਸ਼ ਚੰਦਰ ਵਾਸੀ ਮ.ਨੰ… — [0, 1530, 176, 1588]
pointing-hand-icon: ☛ — [755, 533, 763, 544]
divider — [0, 62, 201, 65]
pointing-hand-icon: ☛ — [755, 1262, 763, 1273]
list-item: ☛ਮੈਂ ਗੁਰਮੇਲ ਸਿੰਘ ਪੁੱਤਰ ਬਲਵੰਤ ਸਿੰਘ ਵਾਸੀ ਕ… — [1142, 1156, 1506, 1264]
pointing-hand-icon: ☛ — [755, 1199, 763, 1210]
pointing-hand-icon: ☛ — [1142, 1267, 1151, 1278]
pointing-hand-icon: ☛ — [0, 1530, 9, 1541]
list-item: ☛ਮੈਂ ਸੁਰਜੀਤ ਸਿੰਘ ਪੁੱਤਰ ਕਰਮ ਸਿੰਘ ਵਾਸੀ ਚੌਕ… — [370, 612, 744, 658]
pointing-hand-icon: ☛ — [184, 1201, 193, 1212]
pointing-hand-icon: ☛ — [184, 1498, 193, 1509]
pointing-hand-icon: ☛ — [370, 787, 379, 798]
section-header-general-notice: ਆਮ ਸੂਚਨਾ — [1142, 746, 1506, 778]
list-item: ☛I, Tavneet Singh S/o Harjit Singh R/o P… — [1142, 1039, 1506, 1116]
public-notices-left: Public Notice I, Manik Verma S/o Late: T… — [1142, 1319, 1324, 1937]
list-item: ☛ਮੈਂ ਜਗਤਾਰ ਸਿੰਘ ਪੁੱਤਰ ਬਾਬਾ ਸਿੰਘ ਵਾਸੀ ਪਿੰ… — [755, 961, 1128, 1007]
pointing-hand-icon: ☛ — [370, 158, 379, 169]
list-item-text: ਮੈ ਗੁਰਸੇਵਕ ਸਿੰਘ ਸੇਖੋਂ ਪੁੱਤਰ ਕਰਮ ਸਿੰਘ ਵਾਸ… — [1142, 111, 1506, 216]
